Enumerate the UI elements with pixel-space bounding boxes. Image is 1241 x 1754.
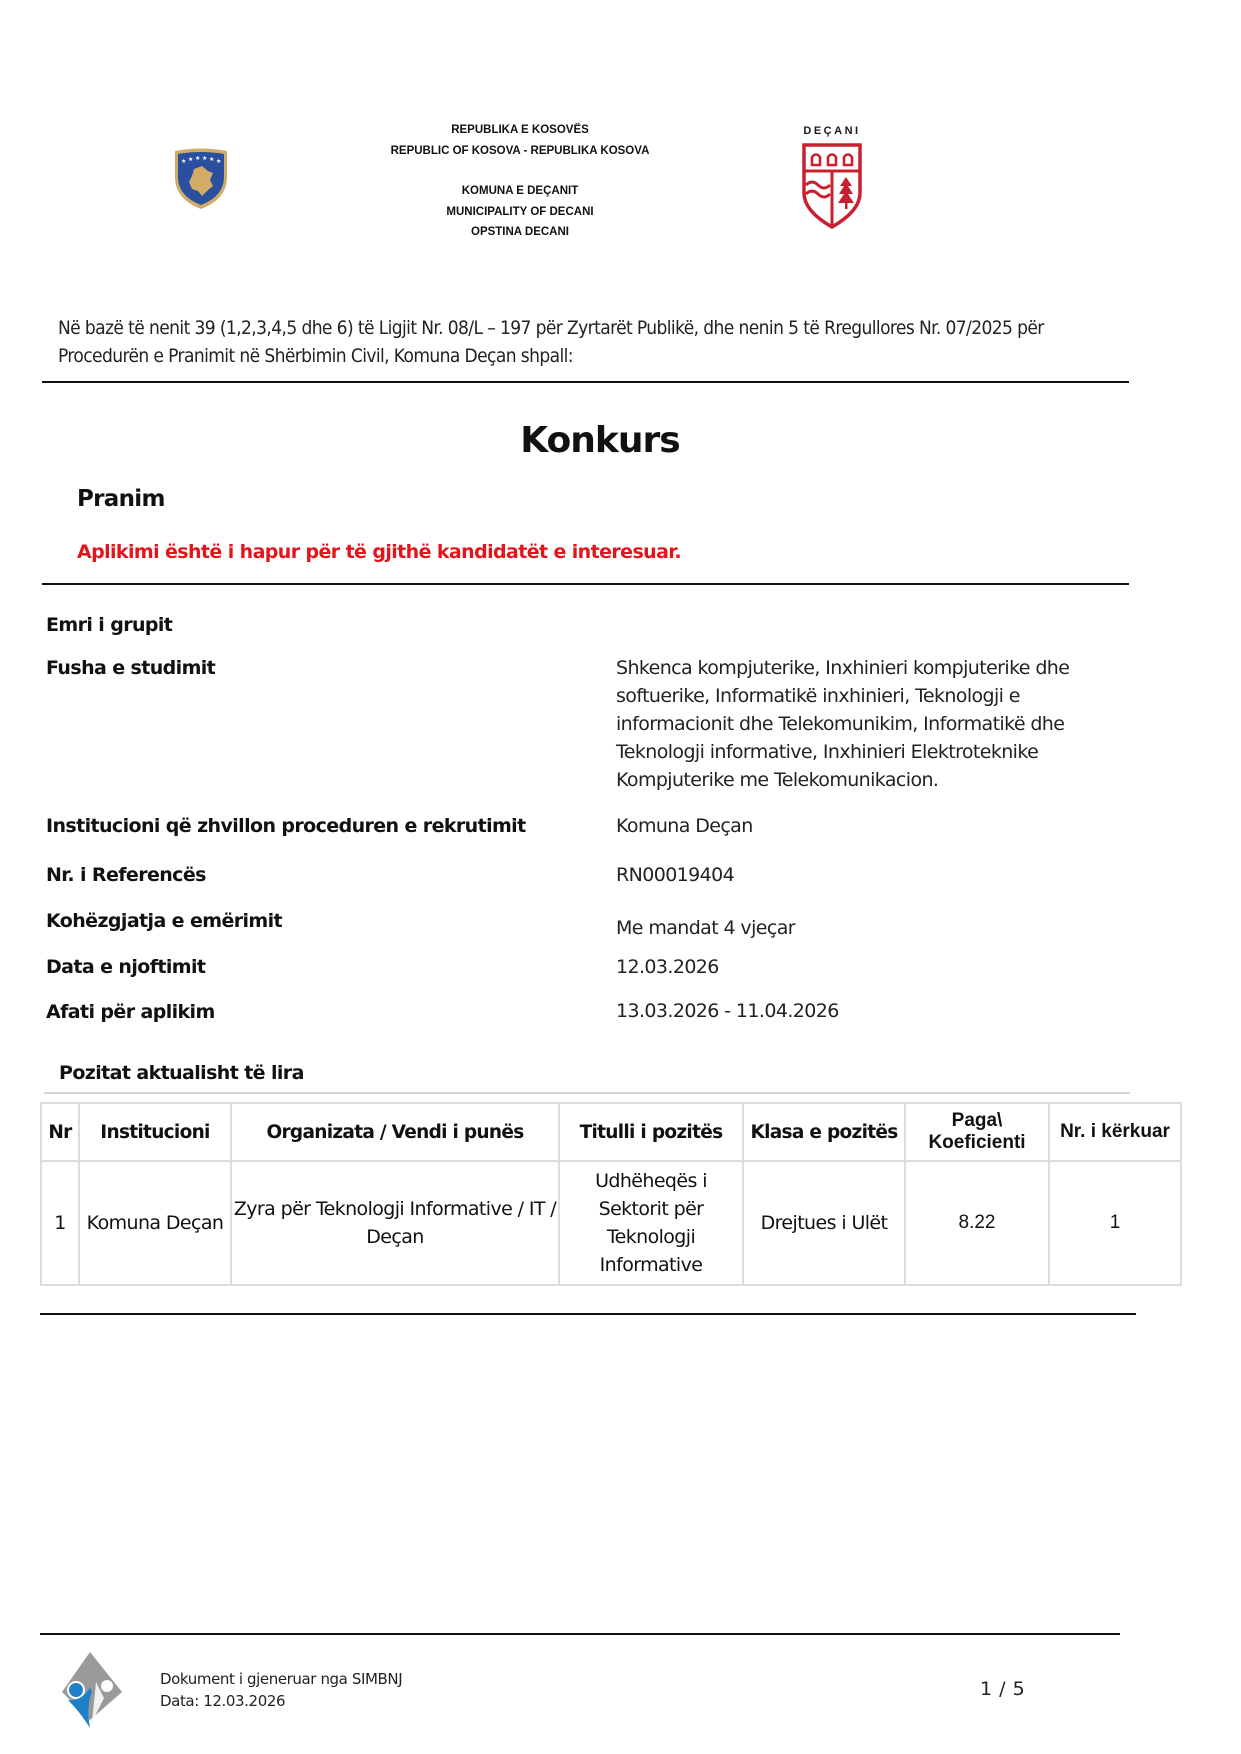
simbnj-logo-icon — [60, 1650, 124, 1730]
field-label-appointment-duration: Kohëzgjatja e emërimit — [46, 910, 282, 932]
svg-text:★: ★ — [202, 155, 207, 162]
field-label-field-of-study: Fusha e studimit — [46, 657, 215, 679]
positions-underline — [44, 1092, 1130, 1094]
footer-info: Dokument i gjeneruar nga SIMBNJ Data: 12… — [160, 1668, 402, 1712]
field-label-group-name: Emri i grupit — [46, 614, 172, 636]
kosovo-coat-of-arms-icon: ★★★ ★★★ — [172, 147, 230, 211]
issuer-line: REPUBLIKA E KOSOVËS — [340, 120, 700, 141]
issuer-block: REPUBLIKA E KOSOVËS REPUBLIC OF KOSOVA -… — [340, 120, 700, 243]
page-number: 1 / 5 — [980, 1678, 1025, 1700]
column-header-salary-coefficient: Paga\ Koeficienti — [905, 1103, 1049, 1161]
divider — [42, 583, 1129, 585]
table-header-row: Nr Institucioni Organizata / Vendi i pun… — [41, 1103, 1181, 1161]
divider — [40, 1313, 1136, 1315]
field-value-notice-date: 12.03.2026 — [616, 953, 1116, 981]
eligibility-notice: Aplikimi është i hapur për të gjithë kan… — [77, 541, 681, 563]
svg-text:★: ★ — [195, 155, 200, 162]
svg-text:★: ★ — [181, 158, 186, 165]
footer-divider — [40, 1633, 1120, 1635]
column-header-position-class: Klasa e pozitës — [743, 1103, 905, 1161]
column-header-organization: Organizata / Vendi i punës — [231, 1103, 559, 1161]
column-header-nr: Nr — [41, 1103, 79, 1161]
generated-by-text: Dokument i gjeneruar nga SIMBNJ — [160, 1668, 402, 1690]
issuer-line: MUNICIPALITY OF DECANI — [340, 202, 700, 223]
announcement-type: Pranim — [77, 486, 165, 512]
column-header-institution: Institucioni — [79, 1103, 231, 1161]
svg-text:★: ★ — [188, 156, 193, 163]
cell-salary-coefficient: 8.22 — [905, 1161, 1049, 1285]
issuer-line: OPSTINA DECANI — [340, 222, 700, 243]
divider — [42, 381, 1129, 383]
svg-text:★: ★ — [209, 156, 214, 163]
field-value-field-of-study: Shkenca kompjuterike, Inxhinieri kompjut… — [616, 654, 1116, 794]
cell-required-count: 1 — [1049, 1161, 1181, 1285]
field-label-application-deadline: Afati për aplikim — [46, 1001, 215, 1023]
cell-position-title: Udhëheqës i Sektorit për Teknologji Info… — [559, 1161, 743, 1285]
decani-logo-text: DEÇANI — [796, 125, 868, 137]
column-header-position-title: Titulli i pozitës — [559, 1103, 743, 1161]
decani-logo: DEÇANI — [796, 125, 868, 233]
field-value-application-deadline: 13.03.2026 - 11.04.2026 — [616, 997, 1116, 1025]
field-value-reference-number: RN00019404 — [616, 861, 1116, 889]
cell-position-class: Drejtues i Ulët — [743, 1161, 905, 1285]
field-value-appointment-duration: Me mandat 4 vjeçar — [616, 914, 1116, 942]
cell-nr: 1 — [41, 1161, 79, 1285]
legal-basis-intro: Në bazë të nenit 39 (1,2,3,4,5 dhe 6) të… — [58, 314, 1098, 370]
positions-heading: Pozitat aktualisht të lira — [59, 1062, 304, 1084]
issuer-line: KOMUNA E DEÇANIT — [340, 181, 700, 202]
svg-text:★: ★ — [216, 158, 221, 165]
table-row: 1 Komuna Deçan Zyra për Teknologji Infor… — [41, 1161, 1181, 1285]
field-label-notice-date: Data e njoftimit — [46, 956, 205, 978]
field-label-reference-number: Nr. i Referencës — [46, 864, 206, 886]
column-header-required-count: Nr. i kërkuar — [1049, 1103, 1181, 1161]
vacant-positions-table: Nr Institucioni Organizata / Vendi i pun… — [40, 1102, 1182, 1286]
cell-organization: Zyra për Teknologji Informative / IT / D… — [231, 1161, 559, 1285]
decani-shield-icon — [796, 141, 868, 231]
generated-date-text: Data: 12.03.2026 — [160, 1690, 402, 1712]
page-title: Konkurs — [0, 420, 1200, 461]
field-value-institution: Komuna Deçan — [616, 812, 1116, 840]
cell-institution: Komuna Deçan — [79, 1161, 231, 1285]
field-label-institution: Institucioni që zhvillon proceduren e re… — [46, 815, 526, 837]
issuer-line: REPUBLIC OF KOSOVA - REPUBLIKA KOSOVA — [340, 141, 700, 162]
